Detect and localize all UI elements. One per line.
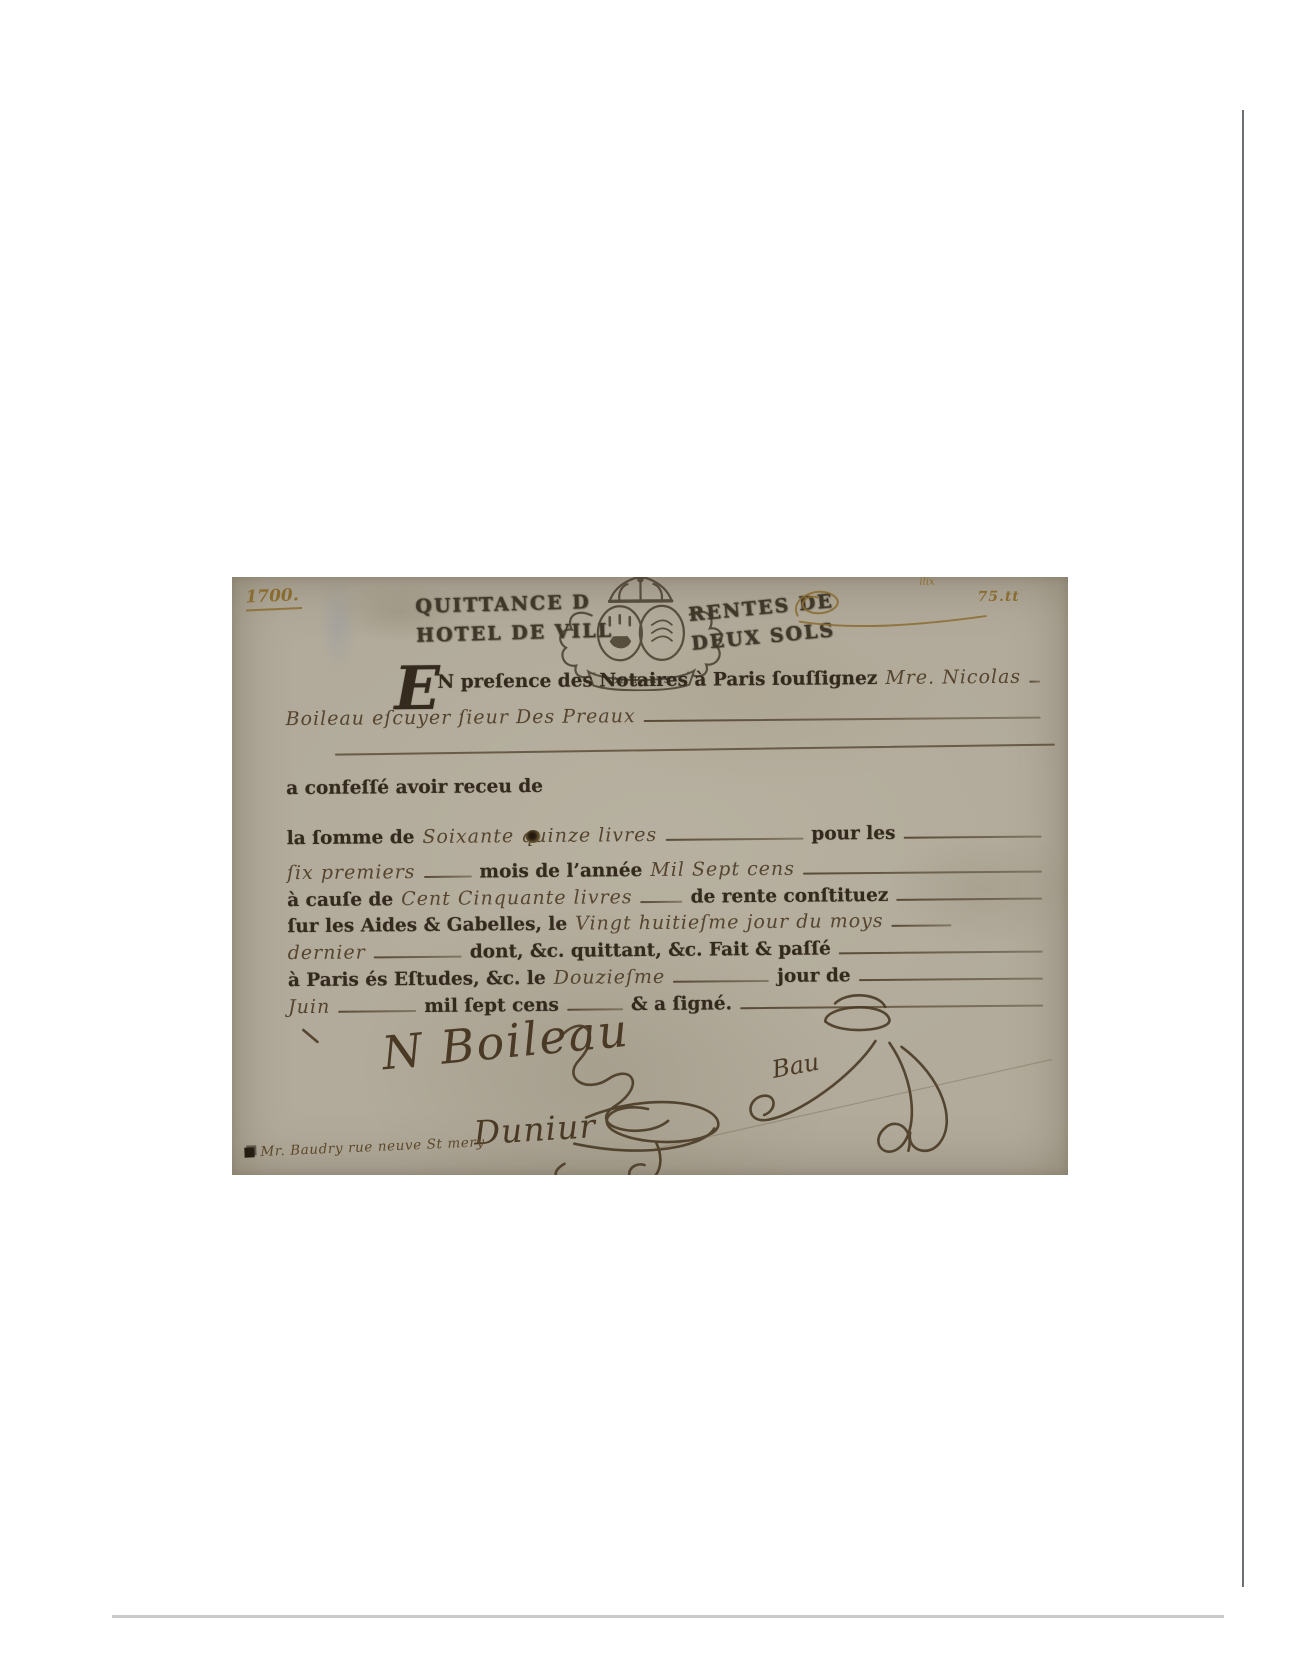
notary2-flourish [629, 1143, 661, 1175]
faint-crease-line [654, 1060, 1053, 1149]
signatures-layer: N Boileau Duniur Bau [232, 577, 1068, 1175]
archival-mark-icon [244, 1147, 254, 1157]
payer-hat-flourish [825, 1007, 889, 1030]
payer-hat-flourish [835, 995, 885, 1007]
signature-n-boileau: N Boileau [379, 1003, 632, 1081]
footer-rule-horizontal [112, 1615, 1224, 1618]
notary2-flourish [586, 1102, 719, 1143]
stray-ink-tick [303, 1030, 317, 1042]
column-rule-vertical [1242, 110, 1244, 1587]
notary2-flourish [556, 1163, 663, 1175]
signature-notary-2: Duniur [471, 1106, 598, 1153]
receipt-content: 1700. Quittance d Hotel de Vill DE PAR [232, 577, 1068, 1175]
signature-payer: Bau [769, 1048, 822, 1084]
page: { "page": { "colors": { "background": "#… [0, 0, 1301, 1672]
scanned-receipt: 1700. Quittance d Hotel de Vill DE PAR [232, 577, 1068, 1175]
